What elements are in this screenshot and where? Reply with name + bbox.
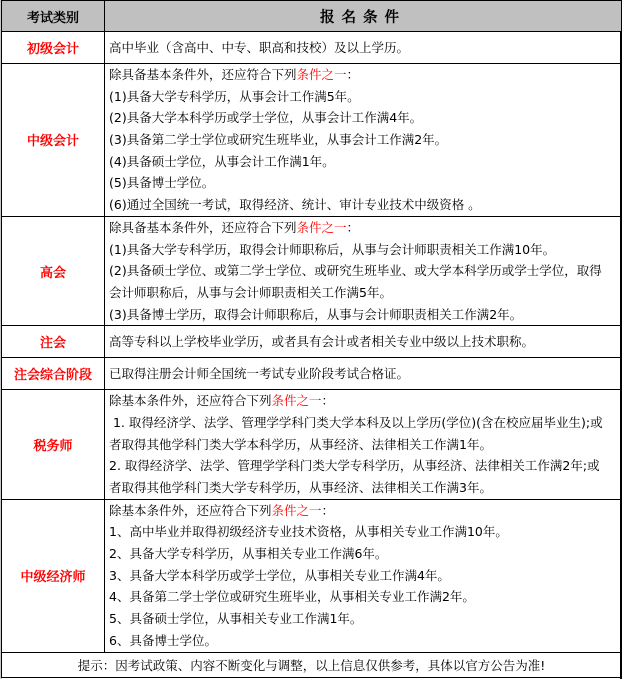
category-cell: 初级会计 [2, 32, 105, 64]
conditions-cell: 除基本条件外，还应符合下列条件之一： 1、高中毕业并取得初级经济专业技术资格，从… [105, 499, 622, 652]
highlight-text: 条件之一 [272, 393, 322, 408]
conditions-cell: 除具备基本条件外，还应符合下列条件之一： (1)具备大学专科学历，从事会计工作满… [105, 64, 622, 217]
category-cell: 中级会计 [2, 64, 105, 217]
condition-line: (3)具备博士学历，取得会计师职称后，从事与会计师职责相关工作满2年。 [109, 304, 621, 326]
table-row: 高会 除具备基本条件外，还应符合下列条件之一： (1)具备大学专科学历，取得会计… [2, 216, 622, 325]
condition-intro: 除基本条件外，还应符合下列条件之一： [109, 500, 621, 522]
condition-line: 会计师职称后，从事与会计师职责相关工作满5年。 [109, 282, 621, 304]
condition-line: 5、具备硕士学位，从事相关专业工作满1年。 [109, 608, 621, 630]
intro-text: 除具备基本条件外，还应符合下列 [109, 220, 297, 235]
intro-text: 除基本条件外，还应符合下列 [109, 393, 272, 408]
category-cell: 注会综合阶段 [2, 358, 105, 390]
category-cell: 税务师 [2, 390, 105, 499]
condition-intro: 除基本条件外，还应符合下列条件之一： [109, 390, 621, 412]
intro-suffix: ： [347, 220, 360, 235]
condition-line: (3)具备第二学士学位或研究生班毕业，从事会计工作满2年。 [109, 129, 621, 151]
highlight-text: 条件之一 [272, 503, 322, 518]
intro-text: 除具备基本条件外，还应符合下列 [109, 67, 297, 82]
condition-line: 1. 取得经济学、法学、管理学学科门类大学本科及以上学历(学位)(含在校应届毕业… [109, 412, 621, 434]
condition-line: (6)通过全国统一考试，取得经济、统计、审计专业技术中级资格 。 [109, 194, 621, 216]
condition-line: 者取得其他学科门类大学本科学历，从事经济、法律相关工作满1年。 [109, 434, 621, 456]
table-row: 中级经济师 除基本条件外，还应符合下列条件之一： 1、高中毕业并取得初级经济专业… [2, 499, 622, 652]
column-header-category: 考试类别 [2, 1, 105, 32]
table-row: 中级会计 除具备基本条件外，还应符合下列条件之一： (1)具备大学专科学历，从事… [2, 64, 622, 217]
highlight-text: 条件之一 [297, 67, 347, 82]
condition-line: (2)具备大学本科学历或学士学位，从事会计工作满4年。 [109, 107, 621, 129]
footer-note: 提示：因考试政策、内容不断变化与调整，以上信息仅供参考，具体以官方公告为准! [2, 652, 622, 677]
footer-row: 提示：因考试政策、内容不断变化与调整，以上信息仅供参考，具体以官方公告为准! [2, 652, 622, 677]
intro-suffix: ： [322, 503, 335, 518]
condition-line: 2. 取得经济学、法学、管理学学科门类大学专科学历，从事经济、法律相关工作满2年… [109, 455, 621, 477]
category-cell: 注会 [2, 326, 105, 358]
condition-line: (2)具备硕士学位、或第二学士学位、或研究生班毕业、或大学本科学历或学士学位，取… [109, 260, 621, 282]
conditions-cell: 已取得注册会计师全国统一考试专业阶段考试合格证。 [105, 358, 622, 390]
conditions-cell: 除基本条件外，还应符合下列条件之一： 1. 取得经济学、法学、管理学学科门类大学… [105, 390, 622, 499]
intro-suffix: ： [347, 67, 360, 82]
table-row: 注会综合阶段 已取得注册会计师全国统一考试专业阶段考试合格证。 [2, 358, 622, 390]
condition-line: 高等专科以上学校毕业学历，或者具有会计或者相关专业中级以上技术职称。 [109, 326, 621, 357]
condition-line: (5)具备博士学位。 [109, 172, 621, 194]
condition-line: 3、具备大学本科学历或学士学位，从事相关专业工作满4年。 [109, 565, 621, 587]
conditions-cell: 高中毕业（含高中、中专、职高和技校）及以上学历。 [105, 32, 622, 64]
table-row: 税务师 除基本条件外，还应符合下列条件之一： 1. 取得经济学、法学、管理学学科… [2, 390, 622, 499]
conditions-cell: 除具备基本条件外，还应符合下列条件之一： (1)具备大学专科学历，取得会计师职称… [105, 216, 622, 325]
condition-line: 已取得注册会计师全国统一考试专业阶段考试合格证。 [109, 358, 621, 389]
condition-line: 者取得其他学科门类大学专科学历，从事经济、法律相关工作满3年。 [109, 477, 621, 499]
intro-suffix: ： [322, 393, 335, 408]
highlight-text: 条件之一 [297, 220, 347, 235]
condition-line: 1、高中毕业并取得初级经济专业技术资格，从事相关专业工作满10年。 [109, 521, 621, 543]
condition-intro: 除具备基本条件外，还应符合下列条件之一： [109, 64, 621, 86]
condition-line: (1)具备大学专科学历，从事会计工作满5年。 [109, 86, 621, 108]
condition-line: 4、具备第二学士学位或研究生班毕业，从事相关专业工作满2年。 [109, 586, 621, 608]
condition-line: 2、具备大学专科学历，从事相关专业工作满6年。 [109, 543, 621, 565]
condition-line: 高中毕业（含高中、中专、职高和技校）及以上学历。 [109, 32, 621, 63]
conditions-cell: 高等专科以上学校毕业学历，或者具有会计或者相关专业中级以上技术职称。 [105, 326, 622, 358]
condition-line: 6、具备博士学位。 [109, 630, 621, 652]
category-cell: 中级经济师 [2, 499, 105, 652]
exam-requirements-table: 考试类别 报名条件 初级会计 高中毕业（含高中、中专、职高和技校）及以上学历。 … [1, 0, 622, 678]
column-header-conditions: 报名条件 [105, 1, 622, 32]
category-cell: 高会 [2, 216, 105, 325]
table-row: 注会 高等专科以上学校毕业学历，或者具有会计或者相关专业中级以上技术职称。 [2, 326, 622, 358]
table-header-row: 考试类别 报名条件 [2, 1, 622, 32]
table-row: 初级会计 高中毕业（含高中、中专、职高和技校）及以上学历。 [2, 32, 622, 64]
condition-line: (4)具备硕士学位，从事会计工作满1年。 [109, 151, 621, 173]
intro-text: 除基本条件外，还应符合下列 [109, 503, 272, 518]
condition-line: (1)具备大学专科学历，取得会计师职称后，从事与会计师职责相关工作满10年。 [109, 239, 621, 261]
condition-intro: 除具备基本条件外，还应符合下列条件之一： [109, 217, 621, 239]
